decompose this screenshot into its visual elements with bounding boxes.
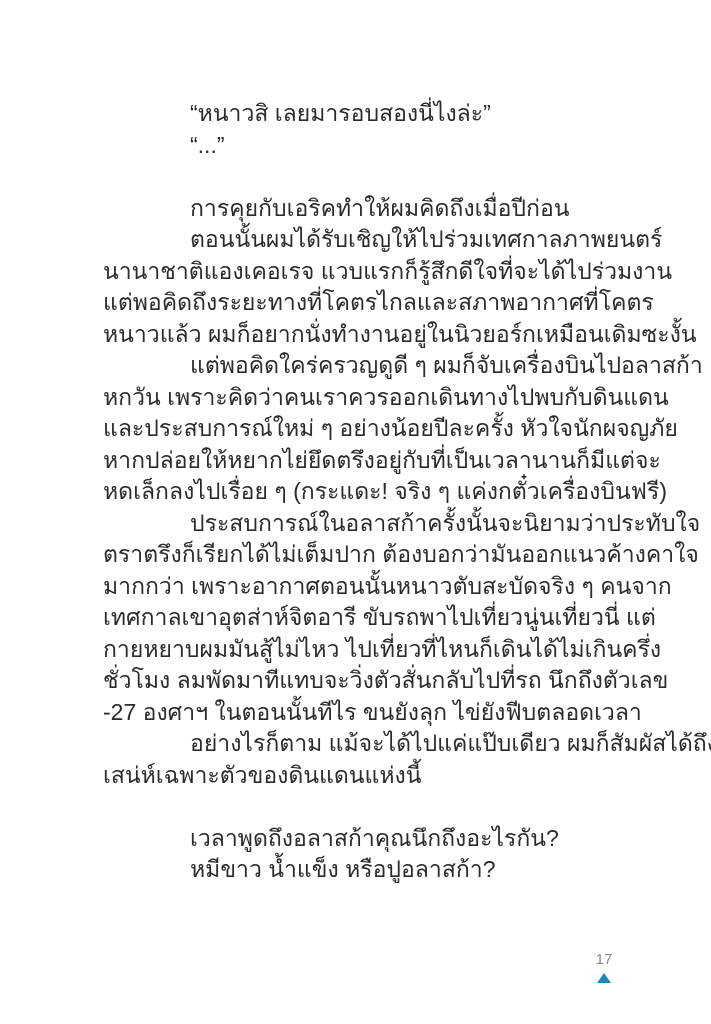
text-line: แต่พอคิดใคร่ครวญดูดี ๆ ผมก็จับเครื่องบิน… (103, 350, 663, 382)
text-line: หมีขาว น้ำแข็ง หรือปูอลาสก้า? (103, 854, 663, 886)
blank-line (103, 791, 663, 823)
text-line: เทศกาลเขาอุตส่าห์จิตอารี ขับรถพาไปเที่ยว… (103, 602, 663, 634)
page-text: “หนาวสิ เลยมารอบสองนี่ไงล่ะ”“...” การคุย… (103, 98, 663, 886)
blank-line (103, 161, 663, 193)
text-line: กายหยาบผมมันสู้ไม่ไหว ไปเที่ยวที่ไหนก็เด… (103, 634, 663, 666)
text-line: ประสบการณ์ในอลาสก้าครั้งนั้นจะนิยามว่าปร… (103, 508, 663, 540)
text-line: แต่พอคิดถึงระยะทางที่โคตรไกลและสภาพอากาศ… (103, 287, 663, 319)
text-line: หากปล่อยให้หยากไย่ยึดตรึงอยู่กับที่เป็นเ… (103, 445, 663, 477)
text-line: -27 องศาฯ ในตอนนั้นทีไร ขนยังลุก ไข่ยังฟ… (103, 697, 663, 729)
text-line: หนาวแล้ว ผมก็อยากนั่งทำงานอยู่ในนิวยอร์ก… (103, 319, 663, 351)
page-footer: 17 (585, 951, 623, 983)
text-line: ตราตรึงก็เรียกได้ไม่เต็มปาก ต้องบอกว่ามั… (103, 539, 663, 571)
text-line: หกวัน เพราะคิดว่าคนเราควรออกเดินทางไปพบก… (103, 382, 663, 414)
text-line: นานาชาติแองเคอเรจ แวบแรกก็รู้สึกดีใจที่จ… (103, 256, 663, 288)
text-line: มากกว่า เพราะอากาศตอนนั้นหนาวตับสะบัดจริ… (103, 571, 663, 603)
page-number: 17 (585, 951, 623, 969)
text-line: และประสบการณ์ใหม่ ๆ อย่างน้อยปีละครั้ง ห… (103, 413, 663, 445)
text-line: “...” (103, 130, 663, 162)
book-page: “หนาวสิ เลยมารอบสองนี่ไงล่ะ”“...” การคุย… (0, 0, 711, 1024)
text-line: “หนาวสิ เลยมารอบสองนี่ไงล่ะ” (103, 98, 663, 130)
text-line: การคุยกับเอริคทำให้ผมคิดถึงเมื่อปีก่อน (103, 193, 663, 225)
text-line: หดเล็กลงไปเรื่อย ๆ (กระแดะ! จริง ๆ แค่งก… (103, 476, 663, 508)
text-line: อย่างไรก็ตาม แม้จะได้ไปแค่แป๊บเดียว ผมก็… (103, 728, 663, 760)
text-line: ชั่วโมง ลมพัดมาทีแทบจะวิ่งตัวสั่นกลับไปท… (103, 665, 663, 697)
text-line: เวลาพูดถึงอลาสก้าคุณนึกถึงอะไรกัน? (103, 823, 663, 855)
text-line: ตอนนั้นผมได้รับเชิญให้ไปร่วมเทศกาลภาพยนต… (103, 224, 663, 256)
text-line: เสน่ห์เฉพาะตัวของดินแดนแห่งนี้ (103, 760, 663, 792)
triangle-up-icon (597, 973, 611, 983)
